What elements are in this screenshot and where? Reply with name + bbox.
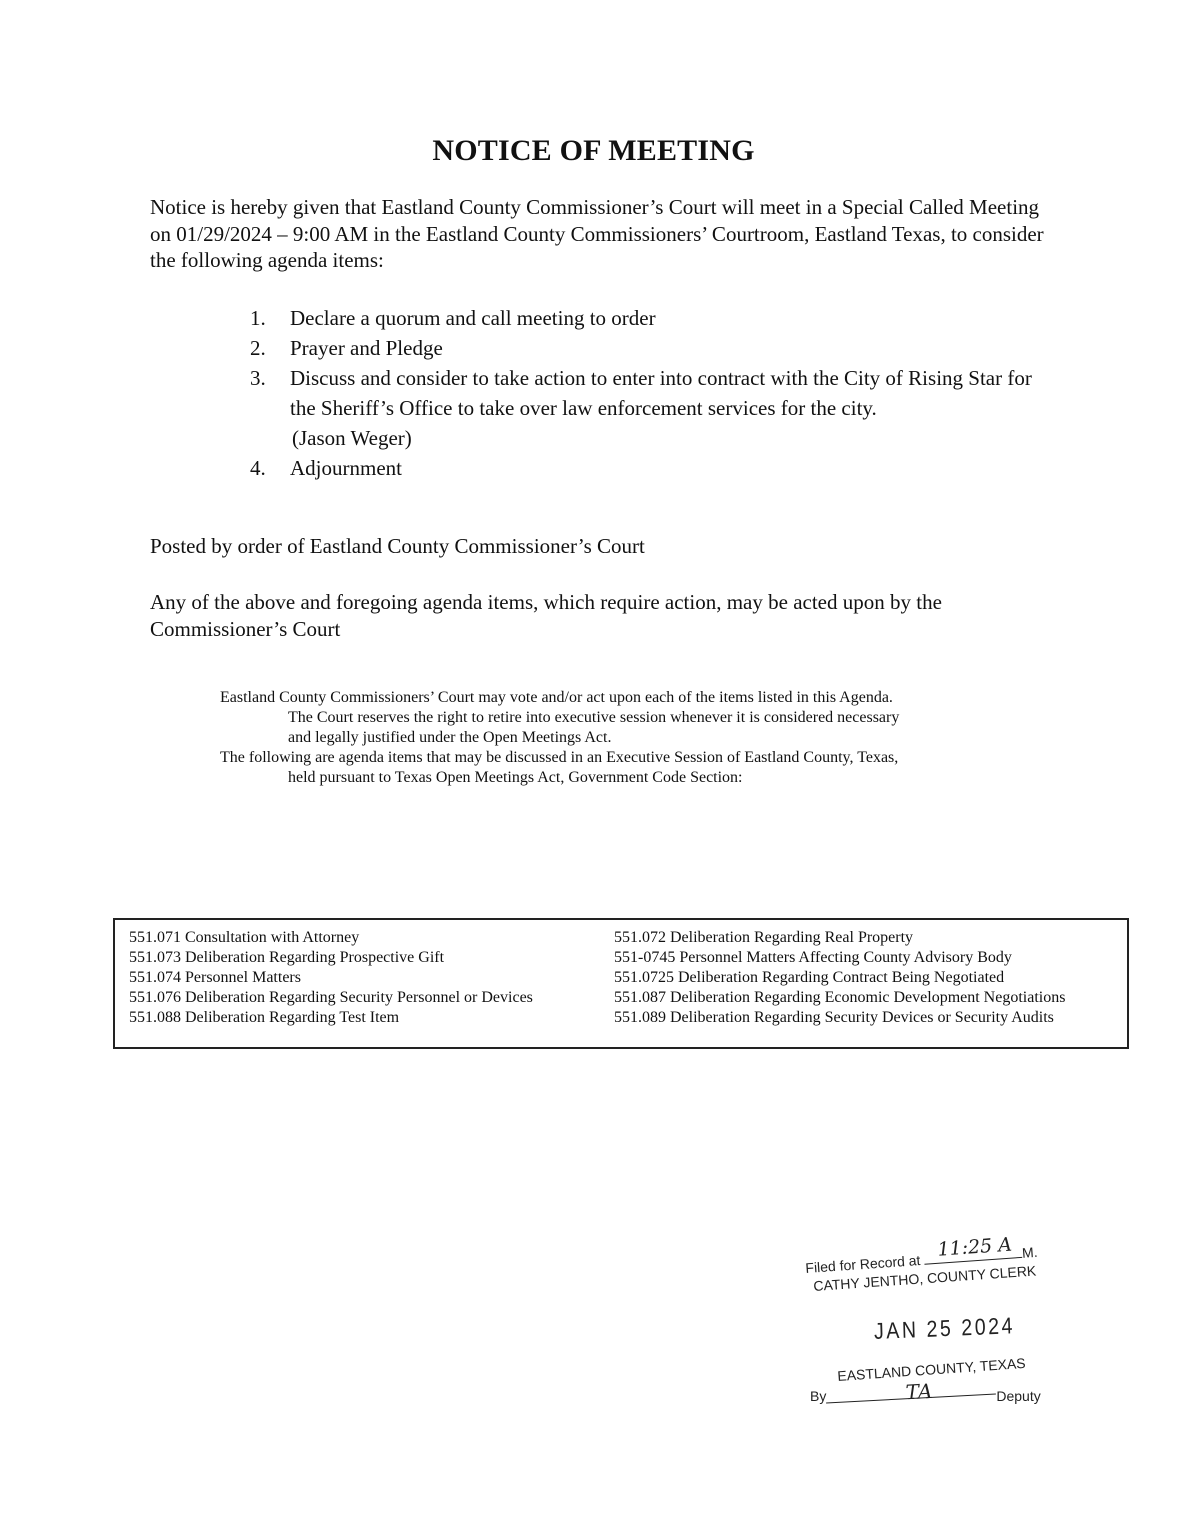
- section-item: 551.0725 Deliberation Regarding Contract…: [614, 968, 1065, 988]
- section-item: 551.071 Consultation with Attorney: [129, 928, 533, 948]
- intro-paragraph: Notice is hereby given that Eastland Cou…: [150, 194, 1060, 274]
- exec-line: and legally justified under the Open Mee…: [220, 728, 1060, 748]
- agenda-number: 2.: [250, 333, 266, 363]
- agenda-item: 2. Prayer and Pledge: [250, 333, 1050, 363]
- executive-session-notice: Eastland County Commissioners’ Court may…: [220, 688, 1060, 788]
- sections-right-column: 551.072 Deliberation Regarding Real Prop…: [614, 928, 1065, 1028]
- signature-blank: TA: [826, 1394, 996, 1404]
- section-item: 551.089 Deliberation Regarding Security …: [614, 1008, 1065, 1028]
- agenda-text: Declare a quorum and call meeting to ord…: [290, 306, 656, 330]
- exec-line: held pursuant to Texas Open Meetings Act…: [220, 768, 1060, 788]
- section-item: 551.072 Deliberation Regarding Real Prop…: [614, 928, 1065, 948]
- agenda-item: 4. Adjournment: [250, 453, 1050, 483]
- agenda-text: Prayer and Pledge: [290, 336, 443, 360]
- agenda-list: 1. Declare a quorum and call meeting to …: [250, 303, 1050, 483]
- filed-suffix: M.: [1021, 1244, 1038, 1261]
- sections-left-column: 551.071 Consultation with Attorney 551.0…: [129, 928, 533, 1028]
- section-item: 551.076 Deliberation Regarding Security …: [129, 988, 533, 1008]
- agenda-item: 3. Discuss and consider to take action t…: [250, 363, 1050, 453]
- section-item: 551-0745 Personnel Matters Affecting Cou…: [614, 948, 1065, 968]
- any-of-paragraph: Any of the above and foregoing agenda it…: [150, 589, 1050, 643]
- deputy-signature: TA: [905, 1379, 933, 1404]
- filed-time: 11:25 A: [937, 1234, 1013, 1261]
- page-title: NOTICE OF MEETING: [0, 134, 1187, 168]
- section-item: 551.088 Deliberation Regarding Test Item: [129, 1008, 533, 1028]
- agenda-item: 1. Declare a quorum and call meeting to …: [250, 303, 1050, 333]
- exec-line: The Court reserves the right to retire i…: [220, 708, 1060, 728]
- government-code-sections-box: 551.071 Consultation with Attorney 551.0…: [113, 918, 1129, 1049]
- agenda-number: 4.: [250, 453, 266, 483]
- agenda-text: Discuss and consider to take action to e…: [290, 363, 1050, 423]
- by-label: By: [810, 1388, 826, 1404]
- filed-time-blank: 11:25 A: [924, 1243, 1023, 1265]
- deputy-label: Deputy: [996, 1388, 1040, 1404]
- agenda-text: Adjournment: [290, 456, 402, 480]
- section-item: 551.073 Deliberation Regarding Prospecti…: [129, 948, 533, 968]
- agenda-number: 3.: [250, 363, 266, 393]
- posted-by: Posted by order of Eastland County Commi…: [150, 534, 645, 559]
- section-item: 551.074 Personnel Matters: [129, 968, 533, 988]
- exec-line: Eastland County Commissioners’ Court may…: [220, 688, 1060, 708]
- deputy-signature-line: ByTADeputy: [810, 1388, 1041, 1404]
- filed-date: JAN 25 2024: [874, 1312, 1016, 1345]
- filing-stamp: Filed for Record at 11:25 AM. CATHY JENT…: [800, 1240, 1100, 1410]
- agenda-number: 1.: [250, 303, 266, 333]
- section-item: 551.087 Deliberation Regarding Economic …: [614, 988, 1065, 1008]
- exec-line: The following are agenda items that may …: [220, 748, 1060, 768]
- agenda-presenter: (Jason Weger): [290, 423, 1050, 453]
